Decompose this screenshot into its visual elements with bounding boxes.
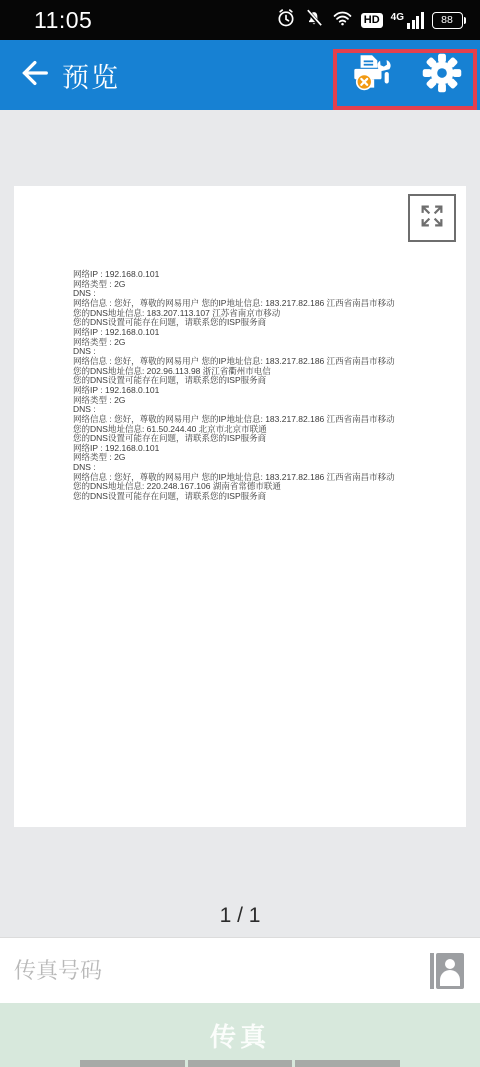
strip-segment [188, 1060, 293, 1067]
settings-gear-icon [421, 52, 463, 99]
send-fax-button[interactable]: 传真 [0, 1003, 480, 1067]
contacts-button[interactable] [430, 953, 464, 989]
fullscreen-button[interactable] [408, 194, 456, 242]
document-text: 网络IP : 192.168.0.101 网络类型 : 2G DNS : 网络信… [73, 270, 395, 502]
doc-line: 网络类型 : 2G [73, 280, 395, 290]
doc-line: 网络类型 : 2G [73, 396, 395, 406]
document-page: 网络IP : 192.168.0.101 网络类型 : 2G DNS : 网络信… [14, 186, 466, 827]
battery-icon: 88 [432, 12, 467, 29]
fax-number-input[interactable] [0, 938, 430, 1003]
page-title: 预览 [62, 56, 120, 95]
app-bar: 预览 [0, 40, 480, 110]
print-button[interactable] [348, 53, 392, 97]
doc-line: 网络类型 : 2G [73, 453, 395, 463]
network-type-label: 4G [391, 13, 404, 23]
preview-area: 网络IP : 192.168.0.101 网络类型 : 2G DNS : 网络信… [0, 110, 480, 937]
back-arrow-icon [14, 54, 52, 97]
bottom-strip [80, 1060, 400, 1067]
page-indicator: 1 / 1 [0, 904, 480, 928]
fax-number-row [0, 937, 480, 1003]
back-button[interactable] [12, 54, 54, 96]
send-fax-label: 传真 [210, 1017, 270, 1054]
address-book-icon [436, 953, 464, 989]
doc-block: 网络IP : 192.168.0.101 网络类型 : 2G DNS : 网络信… [73, 328, 395, 386]
battery-level: 88 [441, 14, 453, 26]
expand-arrows-icon [415, 199, 449, 238]
alarm-icon [276, 8, 296, 33]
address-book-icon [430, 953, 434, 989]
doc-block: 网络IP : 192.168.0.101 网络类型 : 2G DNS : 网络信… [73, 270, 395, 328]
notifications-off-icon [304, 8, 324, 33]
doc-block: 网络IP : 192.168.0.101 网络类型 : 2G DNS : 网络信… [73, 444, 395, 502]
hd-icon: HD [361, 13, 383, 28]
wifi-icon [332, 8, 353, 33]
signal-icon: 4G [391, 12, 424, 29]
clock-time: 11:05 [34, 7, 92, 34]
status-bar: 11:05 HD 4G [0, 0, 480, 40]
printer-error-icon [347, 50, 393, 101]
signal-bars [407, 12, 424, 29]
doc-block: 网络IP : 192.168.0.101 网络类型 : 2G DNS : 网络信… [73, 386, 395, 444]
strip-segment [80, 1060, 185, 1067]
status-icons: HD 4G 88 [276, 8, 466, 33]
settings-button[interactable] [420, 53, 464, 97]
doc-line: 您的DNS设置可能存在问题，请联系您的ISP服务商 [73, 492, 395, 502]
doc-line: 网络类型 : 2G [73, 338, 395, 348]
app-bar-actions [348, 53, 464, 97]
strip-segment [295, 1060, 400, 1067]
